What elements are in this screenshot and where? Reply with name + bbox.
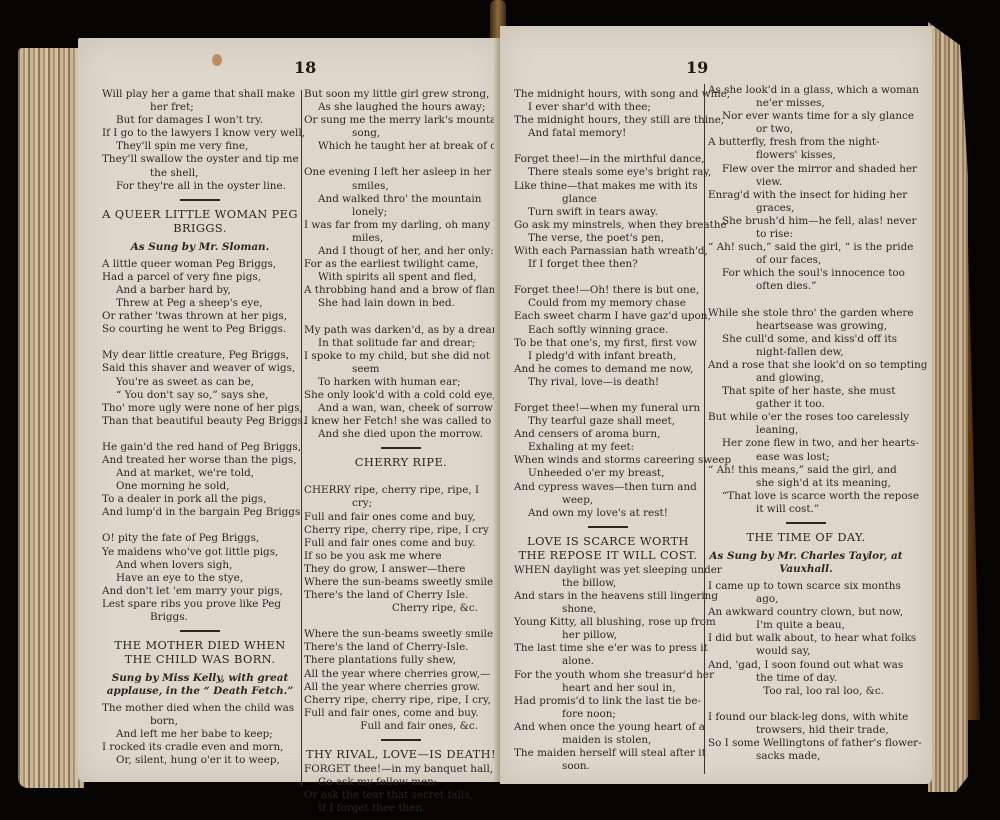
verse-line: And treated her worse than the pigs,: [102, 454, 298, 467]
verse-line: And, 'gad, I soon found out what was: [708, 659, 904, 672]
verse-line: ago,: [708, 593, 904, 606]
verse-line: I was far from my darling, oh many long: [304, 219, 498, 232]
verse-line: But for damages I won't try.: [102, 114, 298, 127]
verse-line: And a wan, wan, cheek of sorrow:: [304, 402, 498, 415]
right-page-column-1: The midnight hours, with song and wine,I…: [514, 88, 702, 773]
song-title: CHERRY RIPE.: [304, 455, 498, 469]
verse-line: And fatal memory!: [514, 127, 702, 140]
verse-line: night-fallen dew,: [708, 346, 904, 359]
verse-line: Cherry ripe, cherry ripe, ripe, I cry,: [304, 694, 498, 707]
verse-line: Had promis'd to link the last tie be-: [514, 695, 702, 708]
verse-line: There's the land of Cherry-Isle.: [304, 641, 498, 654]
verse-line: I'm quite a beau,: [708, 619, 904, 632]
verse-line: My path was darken'd, as by a dream,: [304, 324, 498, 337]
verse-line: Each softly winning grace.: [514, 324, 702, 337]
verse-line: smiles,: [304, 180, 498, 193]
song-title: THE TIME OF DAY.: [708, 530, 904, 544]
verse-line: But while o'er the roses too carelessly: [708, 411, 904, 424]
verse-line: heartsease was growing,: [708, 320, 904, 333]
verse-line: Each sweet charm I have gaz'd upon,: [514, 310, 702, 323]
stanza-break: [304, 615, 498, 628]
verse-line: Full and fair ones, &c.: [304, 720, 498, 733]
verse-line: Flew over the mirror and shaded her: [708, 163, 904, 176]
verse-line: To a dealer in pork all the pigs,: [102, 493, 298, 506]
verse-line: The midnight hours, they still are thine…: [514, 114, 702, 127]
verse-line: I came up to town scarce six months: [708, 580, 904, 593]
right-page-column-2: As she look'd in a glass, which a womann…: [708, 84, 904, 763]
verse-line: And a rose that she look'd on so temptin…: [708, 359, 904, 372]
song-credit: As Sung by Mr. Charles Taylor, at Vauxha…: [708, 550, 904, 576]
verse-line: ease was lost;: [708, 451, 904, 464]
verse-line: Cherry ripe, cherry ripe, ripe, I cry: [304, 524, 498, 537]
verse-line: And at market, we're told,: [102, 467, 298, 480]
verse-line: the time of day.: [708, 672, 904, 685]
verse-line: Than that beautiful beauty Peg Briggs.: [102, 415, 298, 428]
verse-line: And stars in the heavens still lingering: [514, 590, 702, 603]
verse-line: WHEN daylight was yet sleeping under: [514, 564, 702, 577]
verse-line: And when once the young heart of a: [514, 721, 702, 734]
verse-line: With spirits all spent and fled,: [304, 271, 498, 284]
section-rule: [786, 522, 826, 524]
verse-line: cry;: [304, 497, 498, 510]
verse-line: I ever shar'd with thee;: [514, 101, 702, 114]
verse-line: She had lain down in bed.: [304, 297, 498, 310]
verse-line: Go ask my fellow men;: [304, 776, 498, 789]
verse-line: As she laughed the hours away;: [304, 101, 498, 114]
verse-line: For as the earliest twilight came,: [304, 258, 498, 271]
verse-line: To be that one's, my first, first vow: [514, 337, 702, 350]
verse-line: He gain'd the red hand of Peg Briggs,: [102, 441, 298, 454]
verse-line: And censers of aroma burn,: [514, 428, 702, 441]
verse-line: Briggs.: [102, 611, 298, 624]
verse-line: maiden is stolen,: [514, 734, 702, 747]
verse-line: With each Parnassian hath wreath'd,: [514, 245, 702, 258]
verse-line: Enrag'd with the insect for hiding her: [708, 189, 904, 202]
verse-line: Ye maidens who've got little pigs,: [102, 546, 298, 559]
verse-line: If so be you ask me where: [304, 550, 498, 563]
verse-line: the billow,: [514, 577, 702, 590]
verse-line: The mother died when the child was: [102, 702, 298, 715]
section-rule: [381, 739, 421, 741]
verse-line: For which the soul's innocence too: [708, 267, 904, 280]
verse-line: My dear little creature, Peg Briggs,: [102, 349, 298, 362]
verse-line: Forget thee!—in the mirthful dance,: [514, 153, 702, 166]
verse-line: I did but walk about, to hear what folks: [708, 632, 904, 645]
verse-line: Like thine—that makes me with its: [514, 180, 702, 193]
verse-line: often dies.”: [708, 280, 904, 293]
verse-line: For they're all in the oyster line.: [102, 180, 298, 193]
right-page: 19 The midnight hours, with song and win…: [500, 26, 932, 784]
verse-line: The midnight hours, with song and wine,: [514, 88, 702, 101]
page-number-left: 18: [294, 58, 316, 77]
verse-line: The maiden herself will steal after it: [514, 747, 702, 760]
verse-line: her fret;: [102, 101, 298, 114]
stanza-break: [708, 294, 904, 307]
stanza-break: [514, 389, 702, 402]
verse-line: flowers' kisses,: [708, 149, 904, 162]
section-rule: [180, 199, 220, 201]
verse-line: Unheeded o'er my breast,: [514, 467, 702, 480]
verse-line: And he comes to demand me now,: [514, 363, 702, 376]
verse-line: Cherry ripe, &c.: [304, 602, 498, 615]
verse-line: Had a parcel of very fine pigs,: [102, 271, 298, 284]
verse-line: They'll swallow the oyster and tip me: [102, 153, 298, 166]
verse-line: I pledg'd with infant breath,: [514, 350, 702, 363]
verse-line: Too ral, loo ral loo, &c.: [708, 685, 904, 698]
verse-line: Lest spare ribs you prove like Peg: [102, 598, 298, 611]
verse-line: And walked thro' the mountain: [304, 193, 498, 206]
verse-line: Thy tearful gaze shall meet,: [514, 415, 702, 428]
verse-line: And don't let 'em marry your pigs,: [102, 585, 298, 598]
verse-line: I found our black-leg dons, with white: [708, 711, 904, 724]
stanza-break: [102, 519, 298, 532]
verse-line: Where the sun-beams sweetly smile,: [304, 576, 498, 589]
verse-line: She only look'd with a cold cold eye,: [304, 389, 498, 402]
verse-line: She brush'd him—he fell, alas! never: [708, 215, 904, 228]
left-page-column-1: Will play her a game that shall makeher …: [102, 88, 298, 768]
verse-line: When winds and storms careering sweep: [514, 454, 702, 467]
stanza-break: [304, 311, 498, 324]
verse-line: But soon my little girl grew strong,: [304, 88, 498, 101]
stanza-break: [304, 153, 498, 166]
verse-line: I knew her Fetch! she was called to die,: [304, 415, 498, 428]
verse-line: If I go to the lawyers I know very well,: [102, 127, 298, 140]
stanza-break: [514, 140, 702, 153]
verse-line: To harken with human ear;: [304, 376, 498, 389]
verse-line: All the year where cherries grow,—: [304, 668, 498, 681]
verse-line: the shell,: [102, 167, 298, 180]
song-title: THE MOTHER DIED WHEN THE CHILD WAS BORN.: [102, 638, 298, 666]
verse-line: of our faces,: [708, 254, 904, 267]
verse-line: and glowing,: [708, 372, 904, 385]
verse-line: And a barber hard by,: [102, 284, 298, 297]
verse-line: While she stole thro' the garden where: [708, 307, 904, 320]
verse-line: song,: [304, 127, 498, 140]
left-page-column-2: But soon my little girl grew strong,As s…: [304, 88, 498, 815]
verse-line: Turn swift in tears away.: [514, 206, 702, 219]
verse-line: or two,: [708, 123, 904, 136]
verse-line: born,: [102, 715, 298, 728]
verse-line: One evening I left her asleep in her: [304, 166, 498, 179]
verse-line: “ Ah! such,” said the girl, “ is the pri…: [708, 241, 904, 254]
verse-line: she sigh'd at its meaning,: [708, 477, 904, 490]
verse-line: She cull'd some, and kiss'd off its: [708, 333, 904, 346]
verse-line: There steals some eye's bright ray,: [514, 166, 702, 179]
verse-line: her pillow,: [514, 629, 702, 642]
stanza-break: [102, 428, 298, 441]
verse-line: They'll spin me very fine,: [102, 140, 298, 153]
page-edges-right: [928, 22, 968, 792]
column-divider: [301, 90, 302, 786]
page-edges-left: [18, 48, 84, 788]
verse-line: Which he taught her at break of day.: [304, 140, 498, 153]
verse-line: A throbbing hand and a brow of flame,: [304, 284, 498, 297]
verse-line: graces,: [708, 202, 904, 215]
verse-line: Young Kitty, all blushing, rose up from: [514, 616, 702, 629]
verse-line: Tho' more ugly were none of her pigs,: [102, 402, 298, 415]
verse-line: If I forget thee then.: [304, 802, 498, 815]
verse-line: There plantations fully shew,: [304, 654, 498, 667]
verse-line: soon.: [514, 760, 702, 773]
verse-line: Or rather 'twas thrown at her pigs,: [102, 310, 298, 323]
verse-line: Or, silent, hung o'er it to weep,: [102, 754, 298, 767]
verse-line: Exhaling at my feet:: [514, 441, 702, 454]
verse-line: “That love is scarce worth the repose: [708, 490, 904, 503]
verse-line: If I forget thee then?: [514, 258, 702, 271]
verse-line: In that solitude far and drear;: [304, 337, 498, 350]
verse-line: A little queer woman Peg Briggs,: [102, 258, 298, 271]
verse-line: A butterfly, fresh from the night-: [708, 136, 904, 149]
verse-line: Forget thee!—when my funeral urn: [514, 402, 702, 415]
verse-line: leaning,: [708, 424, 904, 437]
section-rule: [381, 447, 421, 449]
stanza-break: [514, 271, 702, 284]
stanza-break: [304, 471, 498, 484]
verse-line: trowsers, hid their trade,: [708, 724, 904, 737]
verse-line: I rocked its cradle even and morn,: [102, 741, 298, 754]
verse-line: Forget thee!—Oh! there is but one,: [514, 284, 702, 297]
verse-line: heart and her soul in,: [514, 682, 702, 695]
verse-line: And lump'd in the bargain Peg Briggs: [102, 506, 298, 519]
verse-line: Could from my memory chase: [514, 297, 702, 310]
verse-line: Her zone flew in two, and her hearts-: [708, 437, 904, 450]
verse-line: ne'er misses,: [708, 97, 904, 110]
verse-line: All the year where cherries grow.: [304, 681, 498, 694]
verse-line: miles,: [304, 232, 498, 245]
verse-line: The last time she e'er was to press it: [514, 642, 702, 655]
verse-line: And cypress waves—then turn and: [514, 481, 702, 494]
verse-line: Full and fair ones come and buy,: [304, 511, 498, 524]
verse-line: Nor ever wants time for a sly glance: [708, 110, 904, 123]
verse-line: And when lovers sigh,: [102, 559, 298, 572]
verse-line: Said this shaver and weaver of wigs,: [102, 362, 298, 375]
verse-line: sacks made,: [708, 750, 904, 763]
verse-line: Full and fair ones come and buy.: [304, 537, 498, 550]
verse-line: Threw at Peg a sheep's eye,: [102, 297, 298, 310]
verse-line: seem: [304, 363, 498, 376]
verse-line: That spite of her haste, she must: [708, 385, 904, 398]
page-number-right: 19: [686, 58, 708, 77]
song-credit: Sung by Miss Kelly, with great applause,…: [102, 672, 298, 698]
verse-line: Full and fair ones, come and buy.: [304, 707, 498, 720]
verse-line: to rise:: [708, 228, 904, 241]
song-title: THY RIVAL, LOVE—IS DEATH!: [304, 747, 498, 761]
verse-line: One morning he sold,: [102, 480, 298, 493]
verse-line: Or ask the tear that secret falls,: [304, 789, 498, 802]
verse-line: An awkward country clown, but now,: [708, 606, 904, 619]
verse-line: it will cost.”: [708, 503, 904, 516]
verse-line: There's the land of Cherry Isle.: [304, 589, 498, 602]
ink-stain: [212, 54, 222, 66]
verse-line: weep,: [514, 494, 702, 507]
verse-line: Will play her a game that shall make: [102, 88, 298, 101]
verse-line: Or sung me the merry lark's mountain: [304, 114, 498, 127]
verse-line: gather it too.: [708, 398, 904, 411]
verse-line: As she look'd in a glass, which a woman: [708, 84, 904, 97]
song-credit: As Sung by Mr. Sloman.: [102, 241, 298, 254]
verse-line: fore noon;: [514, 708, 702, 721]
verse-line: And she died upon the morrow.: [304, 428, 498, 441]
verse-line: lonely;: [304, 206, 498, 219]
verse-line: And left me her babe to keep;: [102, 728, 298, 741]
stanza-break: [708, 698, 904, 711]
verse-line: So courting he went to Peg Briggs.: [102, 323, 298, 336]
song-title: A QUEER LITTLE WOMAN PEG BRIGGS.: [102, 207, 298, 235]
verse-line: CHERRY ripe, cherry ripe, ripe, I: [304, 484, 498, 497]
section-rule: [588, 526, 628, 528]
verse-line: view.: [708, 176, 904, 189]
section-rule: [180, 630, 220, 632]
verse-line: shone,: [514, 603, 702, 616]
verse-line: The verse, the poet's pen,: [514, 232, 702, 245]
verse-line: “ You don't say so,” says she,: [102, 389, 298, 402]
verse-line: I spoke to my child, but she did not: [304, 350, 498, 363]
verse-line: Have an eye to the stye,: [102, 572, 298, 585]
verse-line: Thy rival, love—is death!: [514, 376, 702, 389]
left-page: 18 Will play her a game that shall makeh…: [78, 38, 500, 782]
verse-line: So I some Wellingtons of father's flower…: [708, 737, 904, 750]
verse-line: glance: [514, 193, 702, 206]
stanza-break: [102, 336, 298, 349]
verse-line: They do grow, I answer—there: [304, 563, 498, 576]
song-title: LOVE IS SCARCE WORTH THE REPOSE IT WILL …: [514, 534, 702, 562]
verse-line: would say,: [708, 645, 904, 658]
verse-line: O! pity the fate of Peg Briggs,: [102, 532, 298, 545]
verse-line: Where the sun-beams sweetly smile,: [304, 628, 498, 641]
verse-line: And I thougt of her, and her only:: [304, 245, 498, 258]
verse-line: And own my love's at rest!: [514, 507, 702, 520]
verse-line: You're as sweet as can be,: [102, 376, 298, 389]
verse-line: “ Ah! this means,” said the girl, and: [708, 464, 904, 477]
verse-line: FORGET thee!—in my banquet hall,: [304, 763, 498, 776]
verse-line: alone.: [514, 655, 702, 668]
verse-line: For the youth whom she treasur'd her: [514, 669, 702, 682]
column-divider: [704, 84, 705, 774]
verse-line: Go ask my minstrels, when they breathe: [514, 219, 702, 232]
